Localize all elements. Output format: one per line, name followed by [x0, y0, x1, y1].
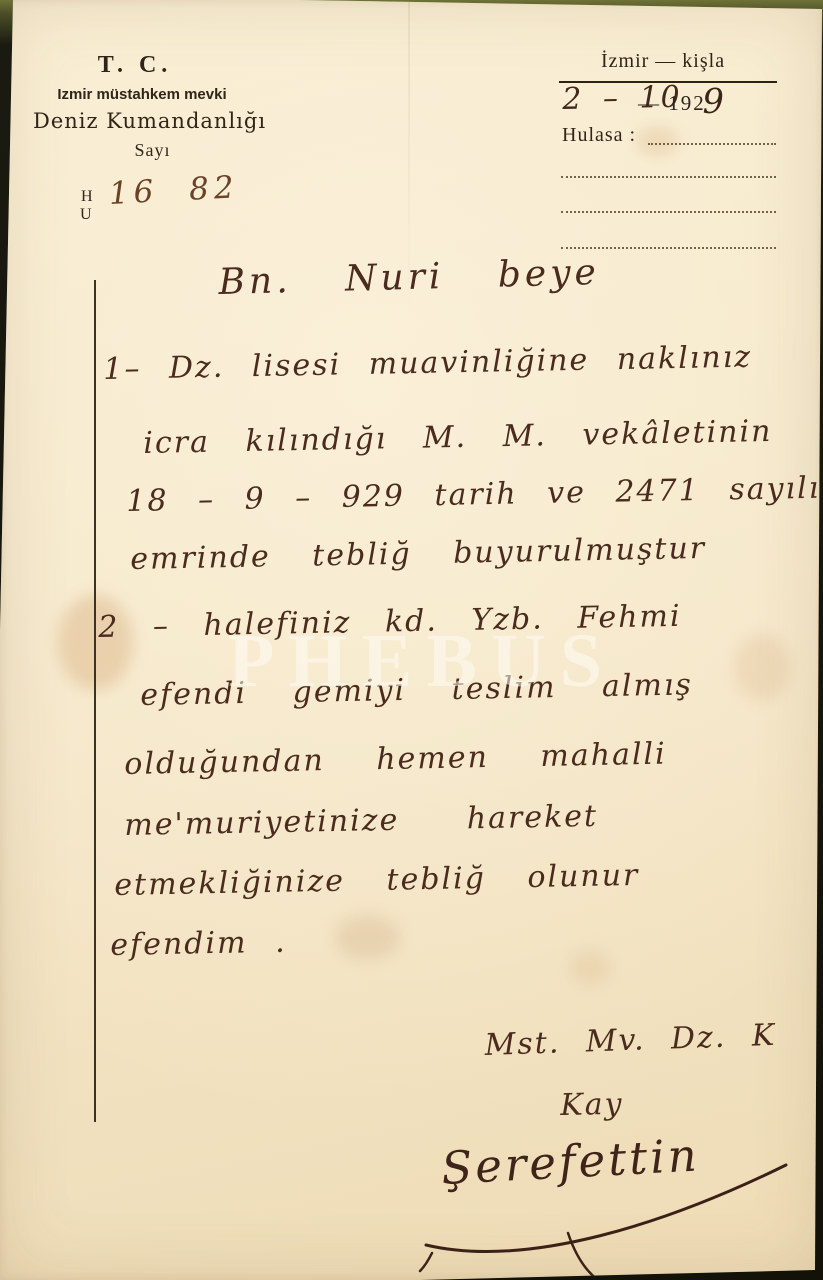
ref-number-handwritten: 16 82	[108, 169, 239, 212]
signature-rank-line: Kay	[560, 1087, 624, 1123]
body-line: emrinde tebliğ buyurulmuştur	[130, 531, 706, 577]
date-year-printed: — 192	[638, 91, 706, 116]
signature-role-line: Mst. Mv. Dz. K	[484, 1018, 777, 1063]
margin-rule	[94, 280, 96, 1122]
summary-dotted-line	[561, 211, 776, 213]
stain	[636, 126, 678, 156]
signature-flourish	[418, 1145, 798, 1280]
body-line: icra kılındığı M. M. vekâletinin	[143, 414, 773, 461]
summary-dotted-line	[561, 176, 776, 178]
paper-sheet: T. C. Izmir müstahkem mevki Deniz Kumand…	[0, 0, 823, 1280]
stain	[570, 950, 610, 985]
state-abbreviation: T. C.	[85, 52, 185, 79]
org-line-1: Izmir müstahkem mevki	[48, 86, 236, 103]
body-line: me'muriyetinize hareket	[124, 799, 598, 843]
body-line: efendim .	[110, 925, 287, 963]
summary-dotted-line	[561, 247, 776, 249]
scanned-document: T. C. Izmir müstahkem mevki Deniz Kumand…	[0, 0, 823, 1280]
body-line: 18 – 9 – 929 tarih ve 2471 sayılı	[126, 471, 821, 519]
watermark: PHEBUS	[228, 618, 616, 705]
number-label: Sayı	[85, 140, 220, 161]
summary-label: Hulasa :	[562, 124, 636, 147]
stain	[735, 635, 790, 700]
ref-letter-h: H	[81, 188, 93, 206]
date-year-digit-handwritten: 9	[702, 82, 726, 122]
location-line: İzmir — kişla	[601, 50, 725, 73]
body-line: olduğundan hemen mahalli	[124, 737, 667, 782]
salutation: Bn. Nuri beye	[218, 252, 600, 303]
ref-letter-u: U	[80, 206, 92, 224]
stain	[335, 915, 400, 960]
org-line-2: Deniz Kumandanlığı	[33, 109, 238, 133]
body-line: etmekliğinize tebliğ olunur	[114, 858, 640, 903]
summary-dotted-line	[648, 143, 776, 145]
body-line: 1– Dz. lisesi muavinliğine naklınız	[103, 340, 752, 387]
